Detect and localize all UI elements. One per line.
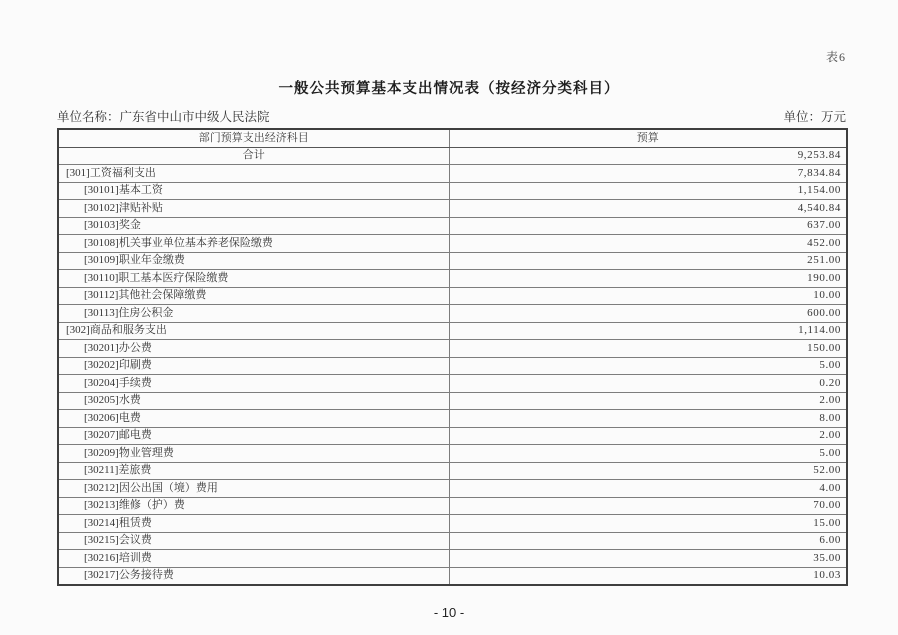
table-body: 合计9,253.84[301]工资福利支出7,834.84[30101]基本工资…: [58, 147, 847, 585]
row-value: 5.00: [449, 357, 847, 375]
row-label: [30102]津贴补贴: [58, 200, 449, 218]
row-value: 10.03: [449, 567, 847, 585]
meta-line: 单位名称：广东省中山市中级人民法院 单位：万元: [57, 107, 846, 125]
table-row: [30112]其他社会保障缴费10.00: [58, 287, 847, 305]
budget-table: 部门预算支出经济科目 预算 合计9,253.84[301]工资福利支出7,834…: [57, 128, 848, 586]
row-value: 5.00: [449, 445, 847, 463]
table-row: [30102]津贴补贴4,540.84: [58, 200, 847, 218]
table-row: [30103]奖金637.00: [58, 217, 847, 235]
row-label: [30201]办公费: [58, 340, 449, 358]
row-value: 4.00: [449, 480, 847, 498]
table-tag: 表6: [826, 48, 846, 65]
table-row: [30202]印刷费5.00: [58, 357, 847, 375]
row-value: 35.00: [449, 550, 847, 568]
row-value: 4,540.84: [449, 200, 847, 218]
row-label: [30213]维修（护）费: [58, 497, 449, 515]
row-value: 2.00: [449, 427, 847, 445]
row-label: [30205]水费: [58, 392, 449, 410]
row-value: 190.00: [449, 270, 847, 288]
table-row: [30113]住房公积金600.00: [58, 305, 847, 323]
row-label: [30109]职业年金缴费: [58, 252, 449, 270]
row-label: [30204]手续费: [58, 375, 449, 393]
unit-label: 单位：万元: [783, 107, 846, 125]
table-row: [30206]电费8.00: [58, 410, 847, 428]
row-value: 0.20: [449, 375, 847, 393]
row-label: [30108]机关事业单位基本养老保险缴费: [58, 235, 449, 253]
table-header-row: 部门预算支出经济科目 预算: [58, 129, 847, 147]
page-title: 一般公共预算基本支出情况表（按经济分类科目）: [0, 77, 898, 98]
row-label: [301]工资福利支出: [58, 165, 449, 183]
row-value: 600.00: [449, 305, 847, 323]
row-label: [30215]会议费: [58, 532, 449, 550]
row-value: 8.00: [449, 410, 847, 428]
column-header-budget: 预算: [449, 129, 847, 147]
table-row: [30110]职工基本医疗保险缴费190.00: [58, 270, 847, 288]
table-row: [30212]因公出国（境）费用4.00: [58, 480, 847, 498]
row-label: [30103]奖金: [58, 217, 449, 235]
table-row: [30215]会议费6.00: [58, 532, 847, 550]
row-value: 52.00: [449, 462, 847, 480]
row-label: [30110]职工基本医疗保险缴费: [58, 270, 449, 288]
row-value: 7,834.84: [449, 165, 847, 183]
row-label: [30101]基本工资: [58, 182, 449, 200]
table-row: [30108]机关事业单位基本养老保险缴费452.00: [58, 235, 847, 253]
row-value: 15.00: [449, 515, 847, 533]
row-value: 251.00: [449, 252, 847, 270]
row-label: [30211]差旅费: [58, 462, 449, 480]
table-row: [302]商品和服务支出1,114.00: [58, 322, 847, 340]
row-label: [30206]电费: [58, 410, 449, 428]
page-number: - 10 -: [0, 605, 898, 620]
row-label: [30112]其他社会保障缴费: [58, 287, 449, 305]
table-row: 合计9,253.84: [58, 147, 847, 165]
row-label: [30216]培训费: [58, 550, 449, 568]
row-label: [302]商品和服务支出: [58, 322, 449, 340]
column-header-subject: 部门预算支出经济科目: [58, 129, 449, 147]
table-row: [301]工资福利支出7,834.84: [58, 165, 847, 183]
table-row: [30213]维修（护）费70.00: [58, 497, 847, 515]
table-row: [30214]租赁费15.00: [58, 515, 847, 533]
unit-name: 单位名称：广东省中山市中级人民法院: [57, 107, 270, 125]
table-row: [30204]手续费0.20: [58, 375, 847, 393]
table-row: [30205]水费2.00: [58, 392, 847, 410]
row-value: 70.00: [449, 497, 847, 515]
row-value: 9,253.84: [449, 147, 847, 165]
table-row: [30109]职业年金缴费251.00: [58, 252, 847, 270]
row-value: 637.00: [449, 217, 847, 235]
table-row: [30201]办公费150.00: [58, 340, 847, 358]
row-label: [30212]因公出国（境）费用: [58, 480, 449, 498]
row-label: [30202]印刷费: [58, 357, 449, 375]
row-label: [30214]租赁费: [58, 515, 449, 533]
row-label: 合计: [58, 147, 449, 165]
row-value: 6.00: [449, 532, 847, 550]
table-row: [30101]基本工资1,154.00: [58, 182, 847, 200]
row-value: 452.00: [449, 235, 847, 253]
row-value: 1,114.00: [449, 322, 847, 340]
row-label: [30207]邮电费: [58, 427, 449, 445]
row-value: 10.00: [449, 287, 847, 305]
table-row: [30211]差旅费52.00: [58, 462, 847, 480]
document-page: 表6 一般公共预算基本支出情况表（按经济分类科目） 单位名称：广东省中山市中级人…: [0, 0, 898, 635]
row-label: [30209]物业管理费: [58, 445, 449, 463]
row-label: [30113]住房公积金: [58, 305, 449, 323]
table-row: [30216]培训费35.00: [58, 550, 847, 568]
row-value: 2.00: [449, 392, 847, 410]
row-label: [30217]公务接待费: [58, 567, 449, 585]
row-value: 150.00: [449, 340, 847, 358]
table-row: [30217]公务接待费10.03: [58, 567, 847, 585]
table-row: [30209]物业管理费5.00: [58, 445, 847, 463]
row-value: 1,154.00: [449, 182, 847, 200]
table-row: [30207]邮电费2.00: [58, 427, 847, 445]
